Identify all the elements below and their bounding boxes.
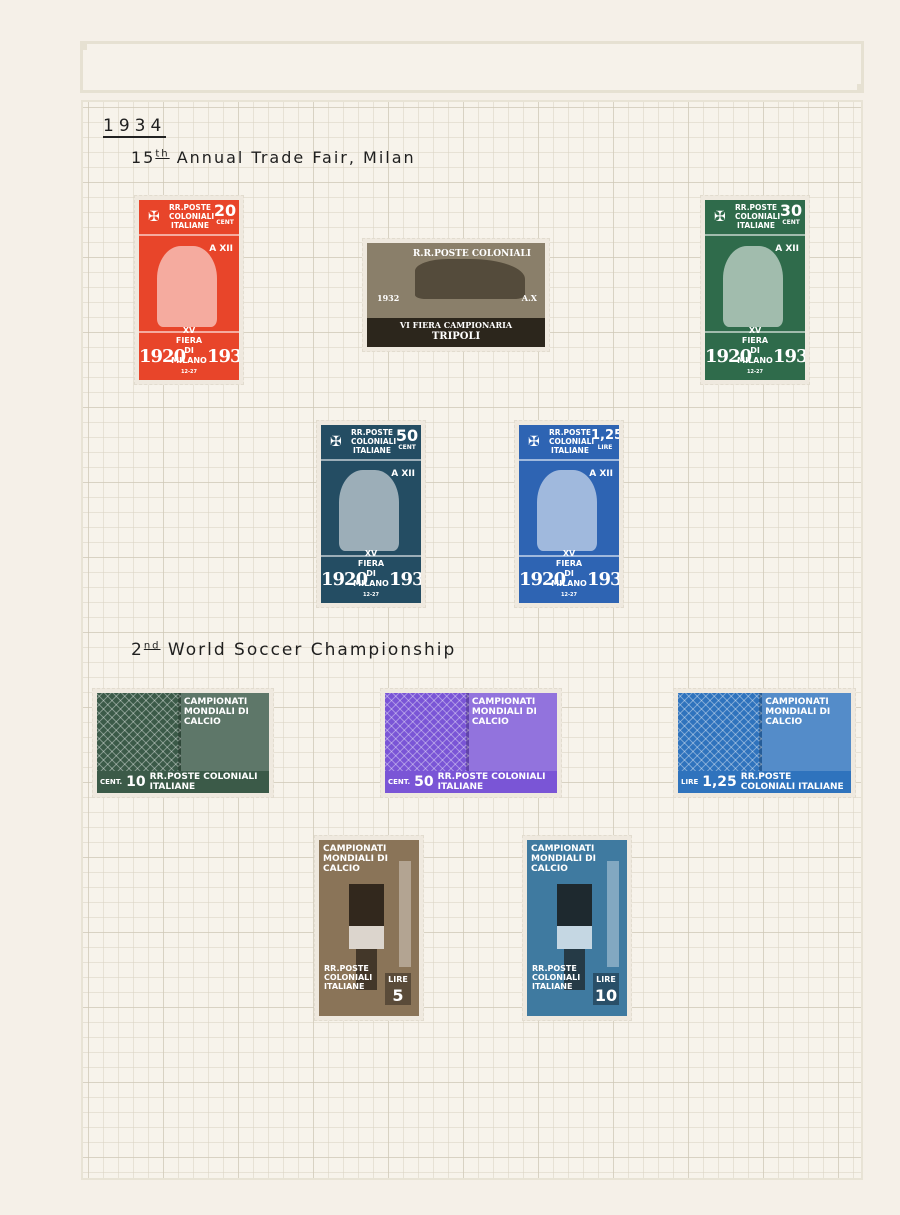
section1-suffix: th [155,149,169,160]
year-left: 1920 [519,569,551,590]
era: A XII [589,469,613,479]
stamp-fair-50c: ✠RR.POSTE COLONIALI ITALIANE50CENT A XII… [316,420,426,608]
fair: XV FIERA DI MILANO [737,326,773,365]
title: CAMPIONATI MONDIALI DI CALCIO [469,693,557,771]
issuer: RR.POSTE COLONIALI ITALIANE [438,772,554,792]
title: CAMPIONATI MONDIALI DI CALCIO [762,693,851,771]
column-illustration [399,861,411,967]
year-right: 1934 [207,346,239,367]
goal-net-illustration [385,693,469,771]
section2-heading: World Soccer Championship [168,640,456,660]
crest-icon: ✠ [519,425,549,459]
stamp-fair-20c: ✠RR.POSTE COLONIALI ITALIANE20CENT A XII… [134,195,244,385]
goal-net-illustration [97,693,181,771]
issuer: RR.POSTE COLONIALI ITALIANE [150,772,266,792]
year: 1932 [377,293,399,303]
issuer: R.R.POSTE COLONIALI [413,249,531,260]
stamp-soccer-5l: CAMPIONATI MONDIALI DI CALCIO RR.POSTE C… [314,835,424,1021]
value: 1,25 [591,428,619,443]
unit: LIRE [681,778,698,786]
dates: 12-27 APRILE [179,369,199,380]
stamp-soccer-10c: CAMPIONATI MONDIALI DI CALCIO CENT.10RR.… [92,688,274,798]
stamp-soccer-10l: CAMPIONATI MONDIALI DI CALCIO RR.POSTE C… [522,835,632,1021]
stamp-soccer-125l: CAMPIONATI MONDIALI DI CALCIO LIRE1,25RR… [673,688,856,798]
issuer: RR.POSTE COLONIALI ITALIANE [169,200,211,234]
value: 10 [593,987,619,1005]
section2-suffix: nd [144,640,161,651]
year-right: 1934 [587,569,619,590]
title: CAMPIONATI MONDIALI DI CALCIO [181,693,269,771]
dates: 12-27 APRILE [559,592,579,603]
year-left: 1920 [705,346,737,367]
section1-ordinal: 15 [131,148,155,167]
value: 50 [396,426,418,445]
figure-illustration [723,246,783,328]
dates: 12-27 APRILE [361,592,381,603]
era: A.X [522,293,537,303]
value: 10 [126,774,145,790]
figure-illustration [339,470,399,551]
year-right: 1934 [773,346,805,367]
stamp-fair-125l: ✠RR.POSTE COLONIALI ITALIANE1,25LIRE A X… [514,420,624,608]
issuer: RR.POSTE COLONIALI ITALIANE [351,425,393,459]
value: 20 [214,201,236,220]
value: 5 [385,987,411,1005]
city: TRIPOLI [432,331,480,342]
crest-icon: ✠ [321,425,351,459]
unit: LIRE [596,975,616,984]
title-box [80,41,864,93]
section1-heading: Annual Trade Fair, Milan [177,148,416,167]
value: 1,25 [702,774,737,790]
unit: CENT [393,445,421,451]
issuer: RR.POSTE COLONIALI ITALIANE [549,425,591,459]
crest-icon: ✠ [139,200,169,234]
issuer: RR.POSTE COLONIALI ITALIANE [735,200,777,234]
value: 30 [780,201,802,220]
column-illustration [607,861,619,967]
issuer: RR.POSTE COLONIALI ITALIANE [532,964,577,991]
crest-icon: ✠ [705,200,735,234]
year-right: 1934 [389,569,421,590]
stamp-soccer-50c: CAMPIONATI MONDIALI DI CALCIO CENT.50RR.… [380,688,562,798]
goal-net-illustration [678,693,762,771]
stamp-fair-30c: ✠RR.POSTE COLONIALI ITALIANE30CENT A XII… [700,195,810,385]
era: A XII [209,244,233,254]
unit: CENT. [388,778,410,786]
dates: 12-27 APRILE [745,369,765,380]
figure-illustration [537,470,597,551]
section2-ordinal: 2 [131,640,144,660]
lioness-illustration [415,259,525,299]
year-heading: 1934 [103,117,166,138]
unit: LIRE [591,445,619,451]
section-heading-soccer: 2nd World Soccer Championship [131,640,456,660]
unit: LIRE [388,975,408,984]
year-left: 1920 [139,346,171,367]
fair: XV FIERA DI MILANO [171,326,207,365]
era: A XII [391,469,415,479]
year-left: 1920 [321,569,353,590]
value: 50 [414,774,433,790]
issuer: RR.POSTE COLONIALI ITALIANE [741,772,848,792]
unit: CENT [777,220,805,226]
unit: CENT [211,220,239,226]
issuer: RR.POSTE COLONIALI ITALIANE [324,964,369,991]
unit: CENT. [100,778,122,786]
stamp-tripoli-lioness: R.R.POSTE COLONIALI 1932 A.X VI FIERA CA… [362,238,550,352]
era: A XII [775,244,799,254]
title: VI FIERA CAMPIONARIA [400,320,512,330]
figure-illustration [157,246,217,328]
section-heading-trade-fair: 15th Annual Trade Fair, Milan [131,148,416,167]
